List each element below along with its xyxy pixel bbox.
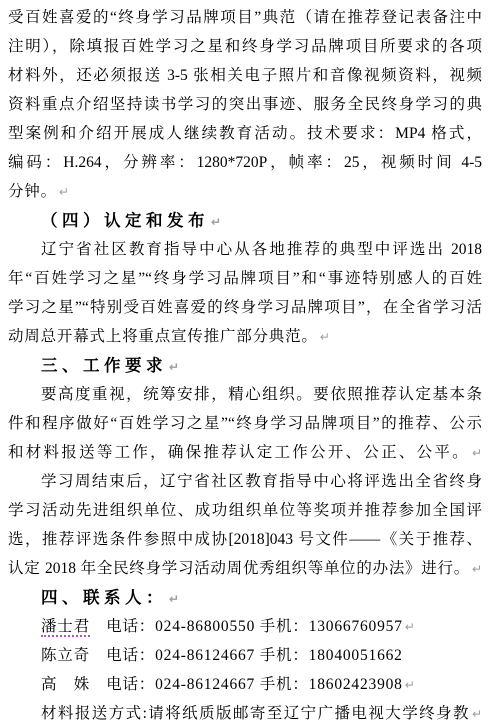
text-run: （四）认定和发布 [41, 211, 209, 230]
text-run: 编码：H.264，分辨率：1280*720P，帧率：25，视频时间 4-5 [8, 154, 482, 171]
text-run: 高 姝 电话：024-86124667 手机：18602423908 [41, 676, 403, 693]
text-line: 分钟。↵ [8, 177, 482, 206]
text-run: 三、工作要求 [41, 356, 167, 375]
paragraph-mark-icon: ↵ [209, 215, 221, 229]
text-line: 年“百姓学习之星”“终身学习品牌项目”和“事迹特别感人的百姓 [8, 264, 482, 293]
text-line: 资料重点介绍坚持读书学习的突出事迹、服务全民终身学习的典 [8, 90, 482, 119]
text-line: 认定 2018 年全民终身学习活动周优秀组织等单位的办法》进行。↵ [8, 554, 482, 583]
heading-line: （四）认定和发布↵ [8, 206, 482, 235]
text-line: 注明），除填报百姓学习之星和终身学习品牌项目所要求的各项 [8, 32, 482, 61]
text-run: 受百姓喜爱的“终身学习品牌项目”典范（请在推荐登记表备注中 [8, 9, 482, 26]
text-line: 编码：H.264，分辨率：1280*720P，帧率：25，视频时间 4-5 [8, 148, 482, 177]
document-page: 受百姓喜爱的“终身学习品牌项目”典范（请在推荐登记表备注中注明），除填报百姓学习… [0, 0, 490, 726]
text-line: 件和程序做好“百姓学习之星”“终身学习品牌项目”的推荐、公示 [8, 409, 482, 438]
text-run: 电话：024-86800550 手机：13066760957 [90, 618, 403, 635]
text-line: 要高度重视，统筹安排，精心组织。要依照推荐认定基本条 [8, 380, 482, 409]
text-run: 学习周结束后，辽宁省社区教育指导中心将评选出全省终身 [41, 473, 482, 490]
text-line: 和材料报送等工作，确保推荐认定工作公开、公正、公平。↵ [8, 438, 482, 467]
paragraph-mark-icon: ↵ [167, 592, 179, 606]
text-line: 潘士君 电话：024-86800550 手机：13066760957↵ [8, 612, 482, 641]
text-run: 分钟。 [8, 183, 57, 200]
text-run: 辽宁省社区教育指导中心从各地推荐的典型中评选出 2018 [41, 241, 482, 258]
text-run: 注明），除填报百姓学习之星和终身学习品牌项目所要求的各项 [8, 38, 482, 55]
text-line: 学习周结束后，辽宁省社区教育指导中心将评选出全省终身 [8, 467, 482, 496]
heading-line: 四、联系人：↵ [8, 583, 482, 612]
heading-line: 三、工作要求↵ [8, 351, 482, 380]
text-line: 动周总开幕式上将重点宣传推广部分典范。↵ [8, 322, 482, 351]
text-run: 材料外，还必须报送 3-5 张相关电子照片和音像视频资料，视频 [8, 67, 482, 84]
spellcheck-underlined-text: 潘士君 [41, 618, 90, 637]
text-line: 陈立奇 电话：024-86124667 手机：18040051662 [8, 641, 482, 670]
text-run: 型案例和介绍开展成人继续教育活动。技术要求：MP4 格式， [8, 125, 482, 142]
text-run: 动周总开幕式上将重点宣传推广部分典范。 [8, 328, 318, 345]
paragraph-mark-icon: ↵ [470, 707, 482, 721]
text-line: 材料报送方式:请将纸质版邮寄至辽宁广播电视大学终身教↵ [8, 699, 482, 726]
text-run: 和材料报送等工作，确保推荐认定工作公开、公正、公平。 [8, 444, 470, 461]
paragraph-mark-icon: ↵ [470, 562, 482, 576]
text-run: 学习之星”“特别受百姓喜爱的终身学习品牌项目”，在全省学习活 [8, 299, 482, 316]
paragraph-mark-icon: ↵ [318, 330, 330, 344]
text-run: 认定 2018 年全民终身学习活动周优秀组织等单位的办法》进行。 [8, 560, 470, 577]
paragraph-mark-icon: ↵ [470, 446, 482, 460]
text-run: 陈立奇 电话：024-86124667 手机：18040051662 [41, 647, 403, 664]
paragraph-mark-icon: ↵ [403, 620, 415, 634]
text-line: 学习活动先进组织单位、成功组织单位等奖项并推荐参加全国评 [8, 496, 482, 525]
paragraph-mark-icon: ↵ [167, 360, 179, 374]
text-run: 年“百姓学习之星”“终身学习品牌项目”和“事迹特别感人的百姓 [8, 270, 482, 287]
text-run: 四、联系人： [41, 588, 167, 607]
text-line: 型案例和介绍开展成人继续教育活动。技术要求：MP4 格式， [8, 119, 482, 148]
text-run: 资料重点介绍坚持读书学习的突出事迹、服务全民终身学习的典 [8, 96, 482, 113]
paragraph-mark-icon: ↵ [403, 678, 415, 692]
text-line: 辽宁省社区教育指导中心从各地推荐的典型中评选出 2018 [8, 235, 482, 264]
text-run: 学习活动先进组织单位、成功组织单位等奖项并推荐参加全国评 [8, 502, 482, 519]
text-line: 材料外，还必须报送 3-5 张相关电子照片和音像视频资料，视频 [8, 61, 482, 90]
text-line: 高 姝 电话：024-86124667 手机：18602423908↵ [8, 670, 482, 699]
text-run: 件和程序做好“百姓学习之星”“终身学习品牌项目”的推荐、公示 [8, 415, 482, 432]
text-line: 受百姓喜爱的“终身学习品牌项目”典范（请在推荐登记表备注中 [8, 3, 482, 32]
text-run: 材料报送方式:请将纸质版邮寄至辽宁广播电视大学终身教 [41, 705, 470, 722]
text-line: 学习之星”“特别受百姓喜爱的终身学习品牌项目”，在全省学习活 [8, 293, 482, 322]
text-run: 要高度重视，统筹安排，精心组织。要依照推荐认定基本条 [41, 386, 482, 403]
paragraph-mark-icon: ↵ [57, 185, 69, 199]
text-line: 选，推荐评选条件参照中成协[2018]043 号文件——《关于推荐、 [8, 525, 482, 554]
text-run: 选，推荐评选条件参照中成协[2018]043 号文件——《关于推荐、 [8, 531, 482, 548]
document-body: 受百姓喜爱的“终身学习品牌项目”典范（请在推荐登记表备注中注明），除填报百姓学习… [8, 3, 482, 726]
